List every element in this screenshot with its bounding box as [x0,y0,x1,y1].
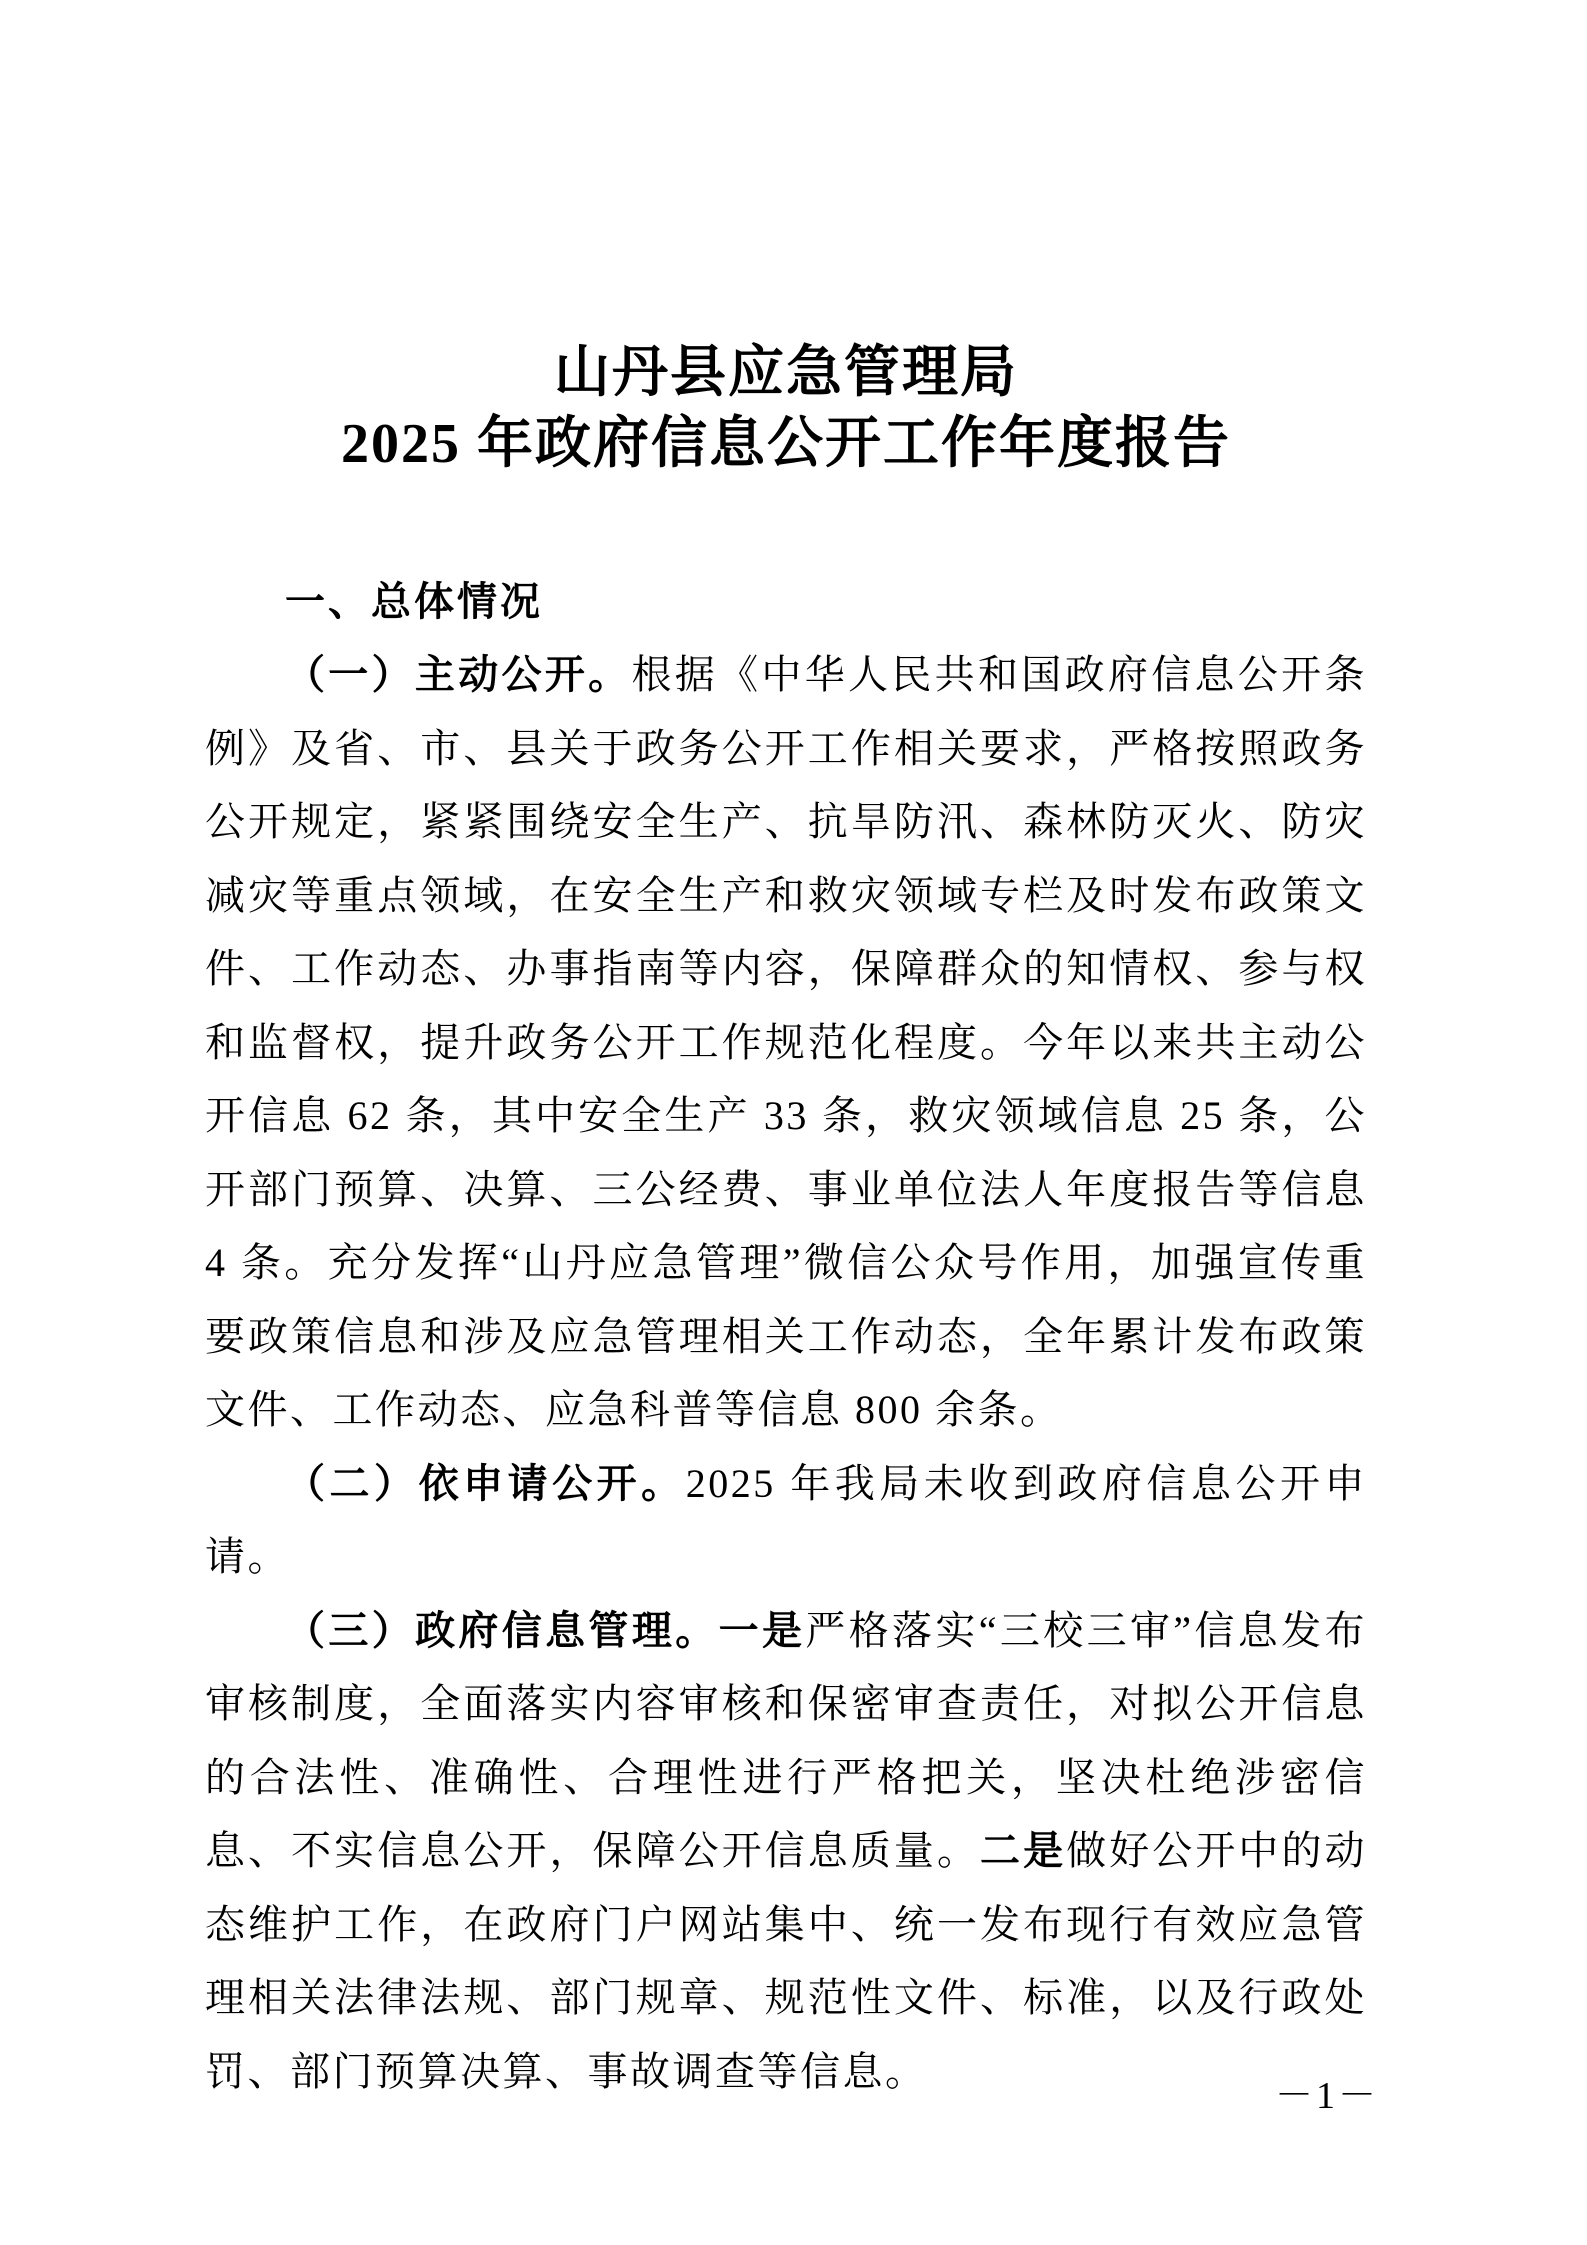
paragraph-lead-bold: 二是 [980,1828,1066,1873]
paragraph: （二）依申请公开。2025 年我局未收到政府信息公开申请。 [205,1447,1367,1594]
paragraph-lead-bold: （一）主动公开。 [285,652,632,697]
paragraph-lead-bold: 一是 [719,1608,806,1653]
paragraph-text: 根据《中华人民共和国政府信息公开条例》及省、市、县关于政务公开工作相关要求，严格… [205,652,1367,1432]
document-content: 山丹县应急管理局 2025 年政府信息公开工作年度报告 一、总体情况 （一）主动… [205,338,1367,2108]
paragraph: （一）主动公开。根据《中华人民共和国政府信息公开条例》及省、市、县关于政务公开工… [205,638,1367,1447]
page-number: －1－ [1275,2064,1379,2119]
document-title: 山丹县应急管理局 2025 年政府信息公开工作年度报告 [205,338,1367,480]
document-page: 山丹县应急管理局 2025 年政府信息公开工作年度报告 一、总体情况 （一）主动… [0,0,1587,2245]
paragraph-lead-bold: （三）政府信息管理。 [285,1608,719,1653]
document-title-line2: 2025 年政府信息公开工作年度报告 [205,409,1367,480]
paragraph-lead-bold: （二）依申请公开。 [285,1461,686,1506]
section-heading-overall-situation: 一、总体情况 [205,578,1367,626]
paragraph: （三）政府信息管理。一是严格落实“三校三审”信息发布审核制度，全面落实内容审核和… [205,1594,1367,2109]
document-title-line1: 山丹县应急管理局 [205,338,1367,409]
document-body: （一）主动公开。根据《中华人民共和国政府信息公开条例》及省、市、县关于政务公开工… [205,638,1367,2108]
